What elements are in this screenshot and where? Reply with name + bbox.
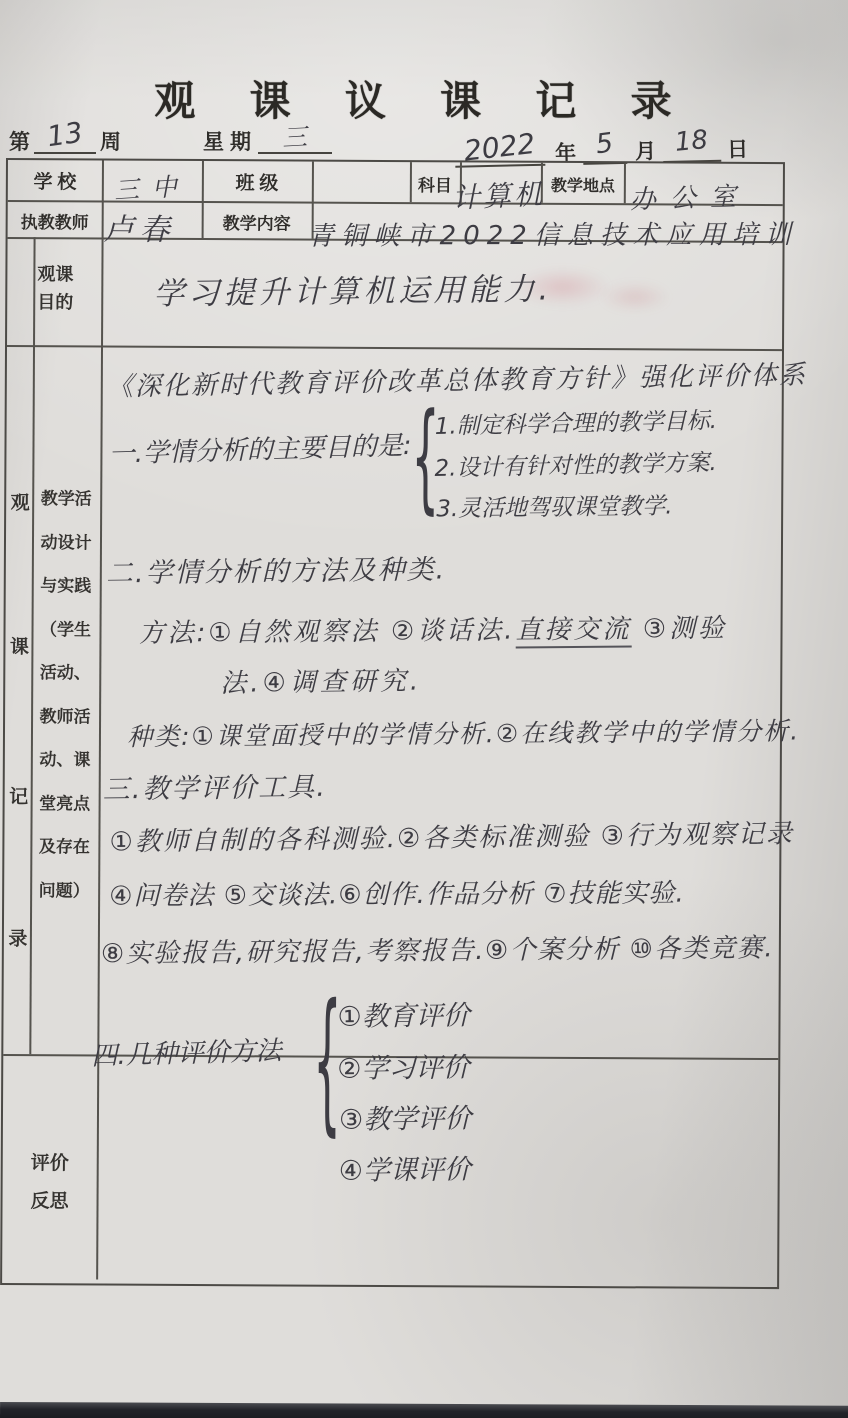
activity-label-column: 教学活 动设计 与实践 （学生 活动、 教师活 动、课 堂亮点 及存在 问题）	[31, 477, 99, 912]
purpose-label-line2: 目的	[37, 288, 97, 316]
note-sec1-label: 一.学情分析的主要目的是:	[108, 425, 412, 471]
note-sec2-methods-wrap: 法.④调查研究.	[220, 660, 422, 699]
activity-label-line: 活动、	[32, 651, 98, 695]
grid-hline-row3	[7, 345, 782, 351]
week-blank-line: 13	[34, 118, 96, 154]
note-sec2-methods: 方法:①自然观察法 ②谈话法.直接交流 ③测验	[138, 608, 727, 650]
activity-label-line: 与实践	[33, 564, 99, 608]
note-sec4-item1: ①教育评价	[337, 993, 470, 1034]
subject-value: 计算机	[451, 172, 546, 216]
class-label: 班 级	[202, 168, 312, 196]
purpose-label: 观课 目的	[37, 260, 97, 316]
activity-label-line: 教学活	[33, 477, 99, 521]
outer-col-char-1: 观	[8, 488, 32, 515]
note-sec4-item3: ③教学评价	[339, 1096, 472, 1137]
month-value: 5	[594, 127, 615, 160]
note-sec3-line3: ⑧实验报告,研究报告,考察报告.⑨个案分析 ⑩各类竞赛.	[101, 927, 775, 970]
review-label: 评价 反思	[2, 1145, 96, 1221]
activity-label-line: 问题）	[31, 869, 97, 913]
weekday-blank-line: 三	[258, 118, 332, 154]
activity-label-line: 教师活	[32, 695, 98, 739]
review-label-line2: 反思	[2, 1183, 96, 1221]
outer-col-char-4: 录	[6, 924, 30, 951]
methods-underlined: 直接交流	[515, 615, 631, 649]
note-sec4-label: 四.几种评价方法	[91, 1030, 282, 1073]
activity-label-line: （学生	[32, 608, 98, 652]
purpose-label-line1: 观课	[37, 260, 97, 288]
purpose-value: 学习提升计算机运用能力.	[153, 263, 552, 313]
note-sec3-line2: ④问卷法 ⑤交谈法.⑥创作.作品分析 ⑦技能实验.	[109, 873, 685, 913]
activity-label-line: 动、课	[32, 738, 98, 782]
teacher-value: 卢春	[104, 205, 176, 249]
methods-part2: ③测验	[631, 614, 727, 645]
note-sec4-item2: ②学习评价	[337, 1045, 470, 1086]
day-value: 18	[674, 125, 710, 158]
weekday-label: 星期	[203, 126, 257, 156]
location-value: 办公室	[629, 176, 750, 217]
day-label: 日	[727, 133, 749, 163]
outer-col-char-3: 记	[7, 782, 31, 809]
teacher-label: 执教教师	[8, 208, 102, 233]
school-label: 学 校	[8, 167, 102, 194]
record-table: 学 校 班 级 科目 教学地点 执教教师 教学内容 三中 计算机 办公室 卢春 …	[0, 158, 785, 1289]
outer-col-char-2: 课	[7, 632, 31, 659]
location-label: 教学地点	[541, 173, 625, 196]
note-sec1-item1: 1.制定科学合理的教学目标.	[434, 402, 717, 441]
note-sec2-label: 二.学情分析的方法及种类.	[106, 547, 447, 590]
activity-label-line: 及存在	[31, 825, 97, 869]
note-sec1-item2: 2.设计有针对性的教学方案.	[434, 444, 717, 483]
week-suffix-label: 周	[100, 126, 121, 156]
review-label-line1: 评价	[3, 1145, 97, 1183]
note-sec3-line1: ①教师自制的各科测验.②各类标准测验 ③行为观察记录	[109, 813, 794, 858]
grid-vline	[312, 162, 314, 202]
school-value: 三中	[113, 166, 191, 207]
note-heading: 《深化新时代教育评价改革总体教育方针》强化评价体系	[107, 354, 808, 403]
desk-edge	[0, 1402, 848, 1418]
activity-label-line: 动设计	[33, 521, 99, 565]
weekday-value: 三	[282, 117, 309, 154]
week-prefix-label: 第	[9, 126, 30, 156]
grid-vline	[102, 161, 104, 201]
day-blank-line: 18	[663, 126, 722, 163]
content-value: 青铜峡市2022信息技术应用培训	[308, 214, 798, 253]
note-sec3-label: 三.教学评价工具.	[102, 765, 327, 807]
note-sec2-kinds: 种类:①课堂面授中的学情分析.②在线教学中的学情分析.	[127, 711, 800, 753]
note-sec4-item4: ④学课评价	[338, 1147, 471, 1188]
week-value: 13	[45, 116, 85, 154]
content-label: 教学内容	[202, 209, 312, 235]
photographed-form: 观 课 议 课 记 录 第 13 周 星期 三 2022 年 5 月 18 日	[0, 0, 848, 1418]
methods-part1: 方法:①自然观察法 ②谈话法.	[138, 616, 515, 649]
note-sec1-item3: 3.灵活地驾驭课堂教学.	[436, 487, 673, 523]
month-blank-line: 5	[583, 128, 628, 165]
activity-label-line: 堂亮点	[32, 782, 98, 826]
